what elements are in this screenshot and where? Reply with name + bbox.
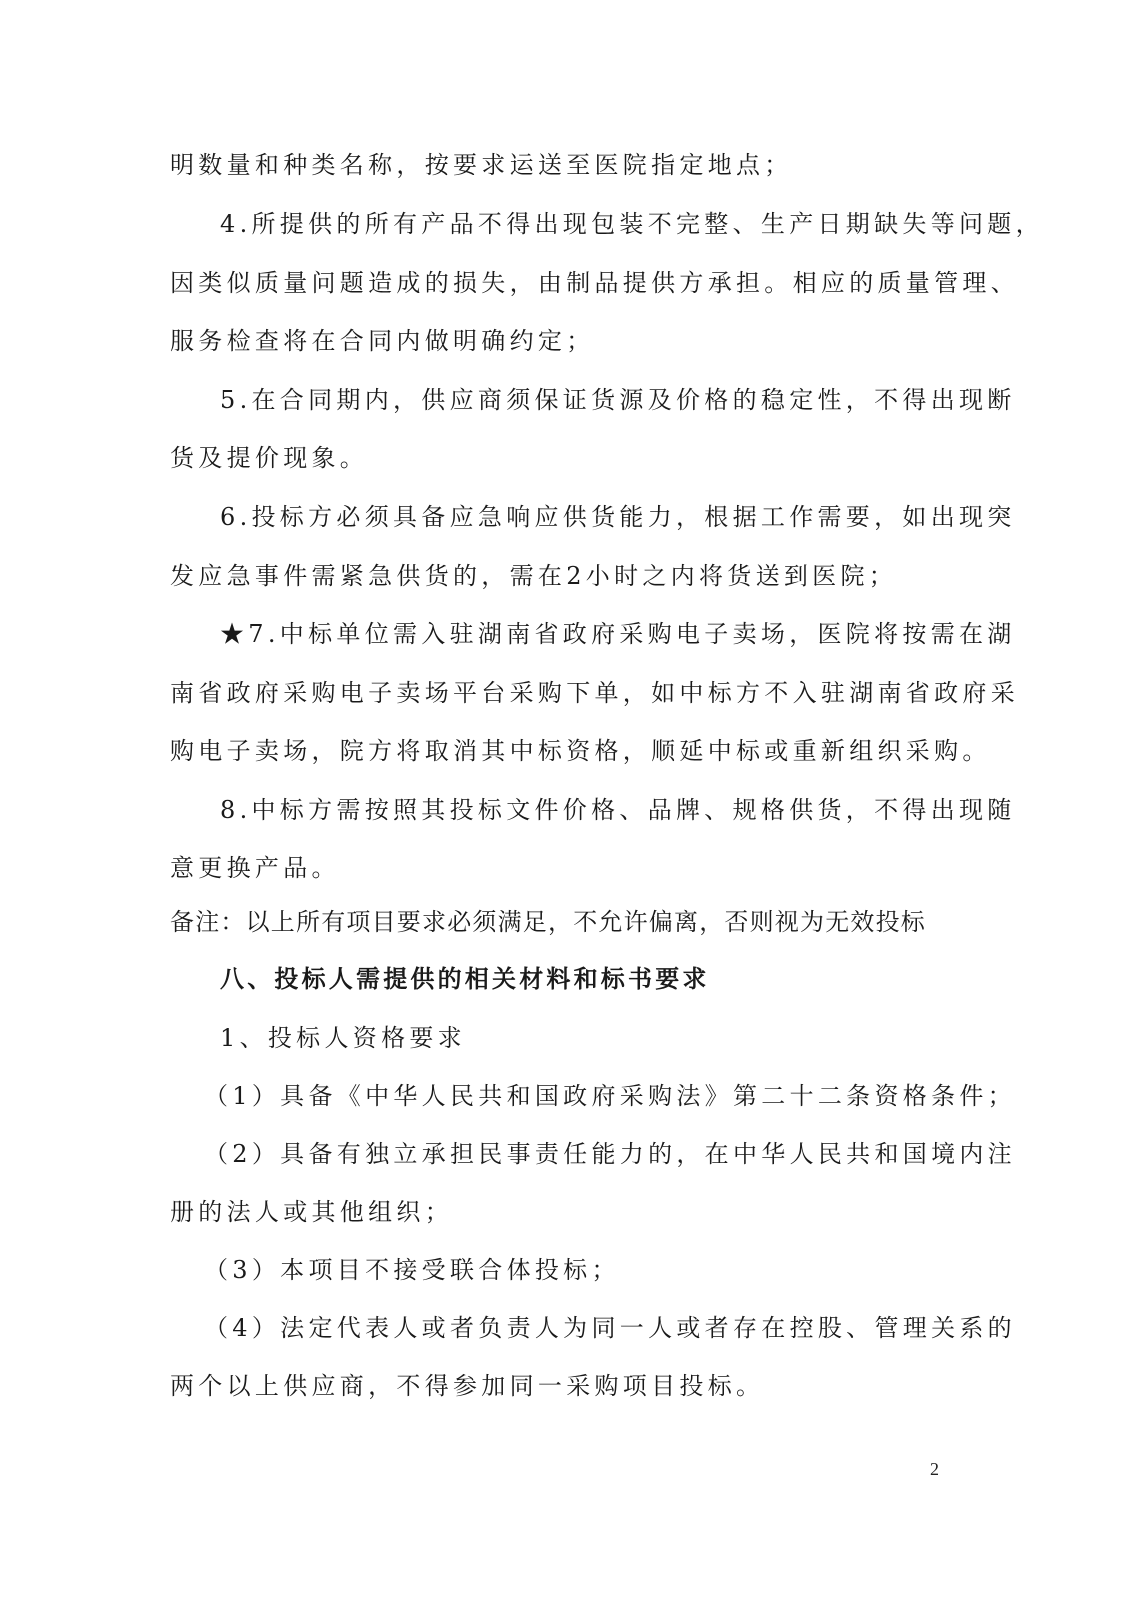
clause-4-line-3: 服务检查将在合同内做明确约定； — [170, 326, 595, 356]
page-number: 2 — [930, 1459, 939, 1480]
clause-7-line-3: 购电子卖场，院方将取消其中标资格，顺延中标或重新组织采购。 — [170, 736, 991, 766]
requirement-4-line-2: 两个以上供应商，不得参加同一采购项目投标。 — [170, 1371, 764, 1401]
remark-note: 备注：以上所有项目要求必须满足，不允许偏离，否则视为无效投标 — [170, 907, 926, 937]
requirement-3: （3）本项目不接受联合体投标； — [204, 1255, 620, 1285]
clause-5-line-1: 5.在合同期内，供应商须保证货源及价格的稳定性，不得出现断 — [220, 385, 1016, 415]
clause-6-line-2: 发应急事件需紧急供货的，需在2小时之内将货送到医院； — [170, 561, 897, 591]
clause-8-line-2: 意更换产品。 — [170, 853, 340, 883]
paragraph-line: 明数量和种类名称，按要求运送至医院指定地点； — [170, 150, 793, 180]
clause-8-line-1: 8.中标方需按照其投标文件价格、品牌、规格供货，不得出现随 — [220, 795, 1016, 825]
requirement-1: （1）具备《中华人民共和国政府采购法》第二十二条资格条件； — [204, 1081, 1016, 1111]
clause-4-line-1: 4.所提供的所有产品不得出现包装不完整、生产日期缺失等问题， — [220, 209, 1044, 239]
clause-5-line-2: 货及提价现象。 — [170, 443, 368, 473]
section-heading: 八、投标人需提供的相关材料和标书要求 — [220, 964, 710, 994]
clause-6-line-1: 6.投标方必须具备应急响应供货能力，根据工作需要，如出现突 — [220, 502, 1016, 532]
subsection-heading: 1、投标人资格要求 — [220, 1023, 466, 1053]
requirement-4-line-1: （4）法定代表人或者负责人为同一人或者存在控股、管理关系的 — [204, 1313, 1016, 1343]
clause-4-line-2: 因类似质量问题造成的损失，由制品提供方承担。相应的质量管理、 — [170, 268, 1019, 298]
document-page: 明数量和种类名称，按要求运送至医院指定地点； 4.所提供的所有产品不得出现包装不… — [0, 0, 1131, 1600]
clause-7-line-2: 南省政府采购电子卖场平台采购下单，如中标方不入驻湖南省政府采 — [170, 678, 1019, 708]
requirement-2-line-2: 册的法人或其他组织； — [170, 1197, 453, 1227]
clause-7-line-1: ★7.中标单位需入驻湖南省政府采购电子卖场，医院将按需在湖 — [220, 619, 1016, 649]
requirement-2-line-1: （2）具备有独立承担民事责任能力的，在中华人民共和国境内注 — [204, 1139, 1016, 1169]
